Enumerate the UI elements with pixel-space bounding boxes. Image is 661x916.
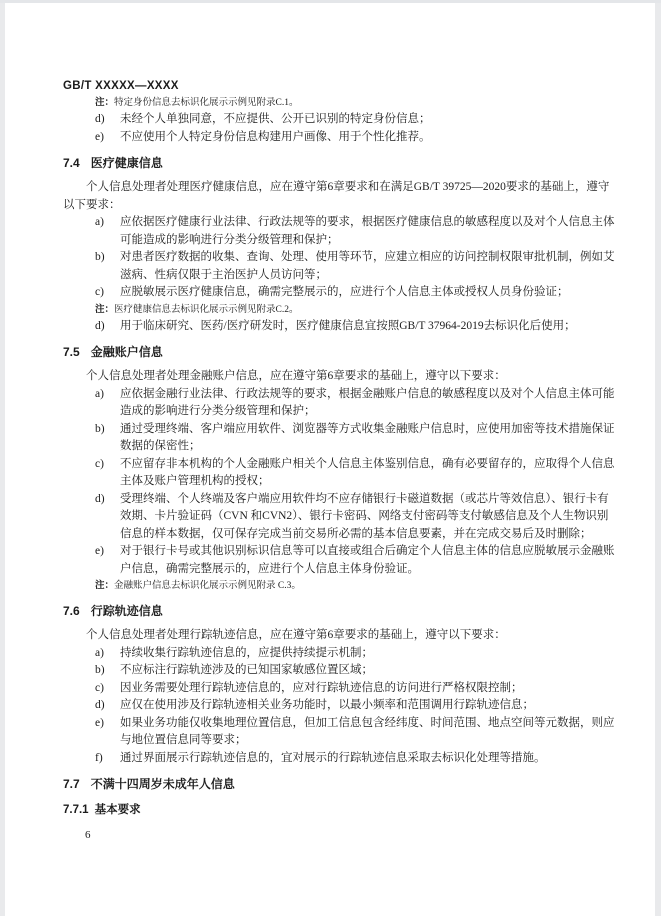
list-item-text: 应脱敏展示医疗健康信息，确需完整展示的，应进行个人信息主体或授权人员身份验证； [120,286,569,298]
paragraph: 个人信息处理者处理金融账户信息，应在遵守第6章要求的基础上，遵守以下要求： [63,368,618,386]
note-label: 注： [95,97,114,108]
list-item: b)不应标注行踪轨迹涉及的已知国家敏感位置区域； [63,662,618,680]
list-item: d)未经个人单独同意，不应提供、公开已识别的特定身份信息； [63,111,618,129]
paragraph: 个人信息处理者处理行踪轨迹信息，应在遵守第6章要求的基础上，遵守以下要求： [63,627,618,645]
list-item: d)受理终端、个人终端及客户端应用软件均不应存储银行卡磁道数据（或芯片等效信息）… [63,491,618,544]
list-item: a)应依据金融行业法律、行政法规等的要求，根据金融账户信息的敏感程度以及对个人信… [63,386,618,421]
section-number: 7.7 [63,777,80,791]
list-item-text: 对患者医疗数据的收集、查询、处理、使用等环节，应建立相应的访问控制权限审批机制，… [120,251,615,281]
section-heading-7-6: 7.6行踪轨迹信息 [63,603,618,620]
section-title: 基本要求 [95,804,141,816]
section-number: 7.6 [63,604,80,618]
list-item-marker: d) [95,318,105,336]
note-text: 医疗健康信息去标识化展示示例见附录C.2。 [114,305,298,315]
note-line: 注：医疗健康信息去标识化展示示例见附录C.2。 [63,302,618,318]
document-page: GB/T XXXXX—XXXX 注：特定身份信息去标识化展示示例见附录C.1。 … [5,3,655,916]
list-item-text: 持续收集行踪轨迹信息的，应提供持续提示机制； [120,647,373,659]
section-number: 7.4 [63,156,80,170]
section-number: 7.5 [63,345,80,359]
list-item-marker: e) [95,715,104,733]
list-item-text: 不应标注行踪轨迹涉及的已知国家敏感位置区域； [120,664,373,676]
section-heading-7-5: 7.5金融账户信息 [63,344,618,361]
list-item-marker: d) [95,491,105,509]
list-item-text: 通过受理终端、客户端应用软件、浏览器等方式收集金融账户信息时，应使用加密等技术措… [120,423,615,453]
section-title: 医疗健康信息 [91,156,163,170]
list-item-marker: a) [95,386,104,404]
section-title: 金融账户信息 [91,345,163,359]
note-label: 注： [95,304,114,315]
list-item-text: 未经个人单独同意，不应提供、公开已识别的特定身份信息； [120,113,431,125]
section-heading-7-7: 7.7不满十四周岁未成年人信息 [63,776,618,793]
list-item-marker: a) [95,645,104,663]
paragraph: 个人信息处理者处理医疗健康信息，应在遵守第6章要求和在满足GB/T 39725—… [63,179,618,214]
note-text: 特定身份信息去标识化展示示例见附录C.1。 [114,98,298,108]
list-item-text: 如果业务功能仅收集地理位置信息，但加工信息包含经纬度、时间范围、地点空间等元数据… [120,717,615,747]
list-item-marker: b) [95,662,105,680]
list-item-text: 不应使用个人特定身份信息构建用户画像、用于个性化推荐。 [120,131,431,143]
list-item: a)持续收集行踪轨迹信息的，应提供持续提示机制； [63,645,618,663]
list-item-marker: b) [95,249,105,267]
list-item-text: 应仅在使用涉及行踪轨迹相关业务功能时，以最小频率和范围调用行踪轨迹信息； [120,699,534,711]
list-item-text: 因业务需要处理行踪轨迹信息的，应对行踪轨迹信息的访问进行严格权限控制； [120,682,523,694]
list-item-marker: e) [95,129,104,147]
note-line: 注：金融账户信息去标识化展示示例见附录 C.3。 [63,578,618,594]
section-title: 不满十四周岁未成年人信息 [91,777,235,791]
list-item: a)应依据医疗健康行业法律、行政法规等的要求，根据医疗健康信息的敏感程度以及对个… [63,214,618,249]
list-item: f)通过界面展示行踪轨迹信息的，宜对展示的行踪轨迹信息采取去标识化处理等措施。 [63,750,618,768]
list-item: b)通过受理终端、客户端应用软件、浏览器等方式收集金融账户信息时，应使用加密等技… [63,421,618,456]
note-text: 金融账户信息去标识化展示示例见附录 C.3。 [114,581,301,591]
list-item-marker: e) [95,543,104,561]
list-item-text: 通过界面展示行踪轨迹信息的，宜对展示的行踪轨迹信息采取去标识化处理等措施。 [120,752,546,764]
section-heading-7-4: 7.4医疗健康信息 [63,155,618,172]
doc-code-header: GB/T XXXXX—XXXX [63,80,618,92]
section-title: 行踪轨迹信息 [91,604,163,618]
list-item-marker: a) [95,214,104,232]
list-item-text: 用于临床研究、医药/医疗研发时，医疗健康信息宜按照GB/T 37964-2019… [120,320,576,332]
list-item: c)因业务需要处理行踪轨迹信息的，应对行踪轨迹信息的访问进行严格权限控制； [63,680,618,698]
list-item: e)如果业务功能仅收集地理位置信息，但加工信息包含经纬度、时间范围、地点空间等元… [63,715,618,750]
list-item-marker: b) [95,421,105,439]
note-label: 注： [95,580,114,591]
list-item: c)应脱敏展示医疗健康信息，确需完整展示的，应进行个人信息主体或授权人员身份验证… [63,284,618,302]
list-item-marker: f) [95,750,103,768]
list-item-marker: d) [95,111,105,129]
note-line: 注：特定身份信息去标识化展示示例见附录C.1。 [63,95,618,111]
list-item: e)对于银行卡号或其他识别标识信息等可以直接或组合后确定个人信息主体的信息应脱敏… [63,543,618,578]
list-item: b)对患者医疗数据的收集、查询、处理、使用等环节，应建立相应的访问控制权限审批机… [63,249,618,284]
section-heading-7-7-1: 7.7.1基本要求 [63,802,618,819]
list-item-text: 不应留存非本机构的个人金融账户相关个人信息主体鉴别信息，确有必要留存的，应取得个… [120,458,615,488]
list-item: d)应仅在使用涉及行踪轨迹相关业务功能时，以最小频率和范围调用行踪轨迹信息； [63,697,618,715]
section-number: 7.7.1 [63,804,89,816]
list-item-marker: c) [95,680,104,698]
list-item-marker: d) [95,697,105,715]
list-item: d)用于临床研究、医药/医疗研发时，医疗健康信息宜按照GB/T 37964-20… [63,318,618,336]
list-item-text: 受理终端、个人终端及客户端应用软件均不应存储银行卡磁道数据（或芯片等效信息）、银… [120,493,609,540]
list-item-text: 应依据医疗健康行业法律、行政法规等的要求，根据医疗健康信息的敏感程度以及对个人信… [120,216,615,246]
list-item-marker: c) [95,284,104,302]
list-item-text: 对于银行卡号或其他识别标识信息等可以直接或组合后确定个人信息主体的信息应脱敏展示… [120,545,615,575]
list-item: e)不应使用个人特定身份信息构建用户画像、用于个性化推荐。 [63,129,618,147]
list-item-marker: c) [95,456,104,474]
list-item: c)不应留存非本机构的个人金融账户相关个人信息主体鉴别信息，确有必要留存的，应取… [63,456,618,491]
list-item-text: 应依据金融行业法律、行政法规等的要求，根据金融账户信息的敏感程度以及对个人信息主… [120,388,615,418]
page-number: 6 [63,829,618,841]
